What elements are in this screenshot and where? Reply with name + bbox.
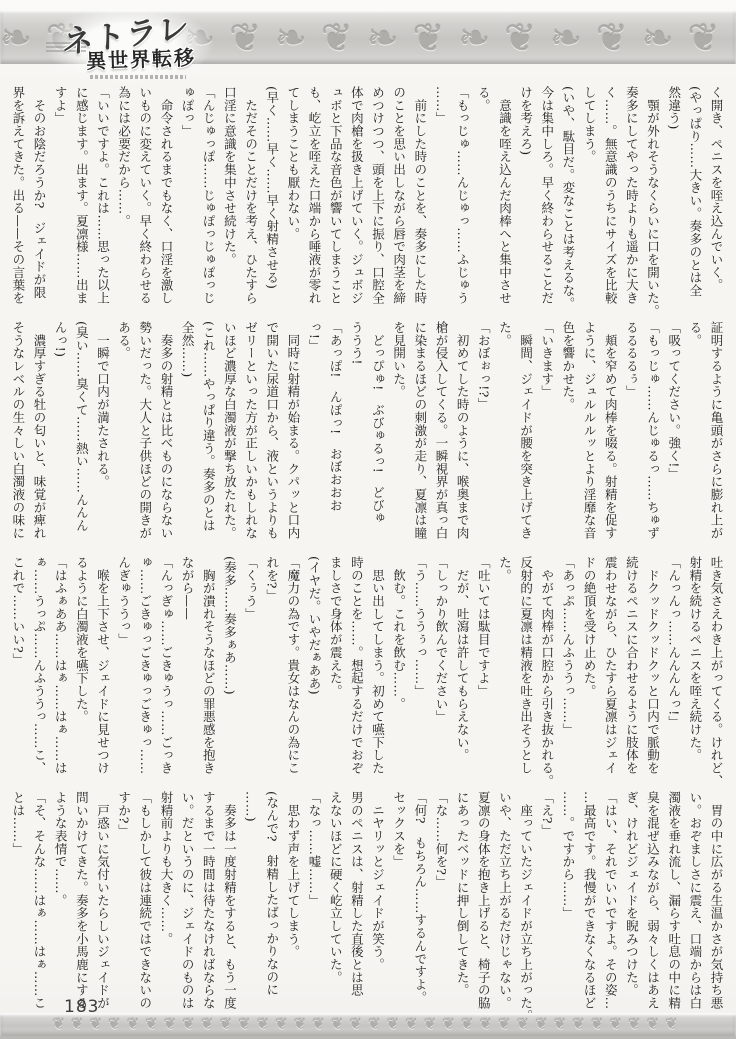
logo-title-kanji: 異世界転移 (86, 41, 215, 74)
text-column: 瞬間、ジェイドが腰を突き上げてき (515, 321, 536, 561)
text-column: 色を響かせた。 (558, 321, 579, 561)
book-logo: ネトラレ 異世界転移 (44, 6, 214, 84)
text-column: 「はふぁああ……はぁ……はぁ……は (50, 556, 71, 796)
text-column: も、屹立を咥えた口端から唾液が零れ (304, 86, 325, 326)
text-column: 喉を上下させ、ジェイドに見せつけ (92, 556, 113, 796)
text-column: 初めてした時のように、喉奥まで肉 (452, 321, 473, 561)
text-column: んっ!) (50, 321, 71, 561)
text-column: いや、ただ立ち上がるだけじゃない。 (494, 791, 515, 1031)
text-column: 震わせながら、ひたすら夏凛はジェイ (600, 556, 621, 796)
text-column: る。 (473, 86, 494, 326)
text-band-2: 証明するように亀頭がさらに膨れ上がる。「吸ってください。強く!」「もっじゅ……ん… (8, 321, 727, 561)
text-column: 飲む。これを飲む……。 (389, 556, 410, 796)
text-column: ゅ……ごきゅっごきゅっごきゅっ…… (135, 556, 156, 796)
text-column: 体で肉槍を扱き上げていく。ジュボジ (346, 86, 367, 326)
text-column: (奏多……奏多ぁあ……) (219, 556, 240, 796)
text-column: 「んじゅっぽ……じゅぽっじゅぽっじ (198, 86, 219, 326)
text-column: 「そ、そんな……はぁ……はぁ……こ (29, 791, 50, 1031)
text-column: 濁液を垂れ流し、漏らす吐息の中に精 (664, 791, 685, 1031)
text-column: 然違う) (664, 86, 685, 326)
text-column: い。おぞましさに震え、口端からは白 (685, 791, 706, 1031)
text-column: …最高です。我慢ができなくなるほど (579, 791, 600, 1031)
text-column: ドの絶頂を受け止めた。 (579, 556, 600, 796)
text-column: 「吐いては駄目ですよ」 (473, 556, 494, 796)
text-column: 「おぼぉっ!?」 (473, 321, 494, 561)
text-column: た。 (494, 556, 515, 796)
text-column: だが、吐瀉は許してもらえない。 (452, 556, 473, 796)
text-column: い。だというのに、ジェイドのものは (177, 791, 198, 1031)
text-column: (いや、駄目だ。変なことは考えるな。 (558, 86, 579, 326)
text-band-1: く開き、ペニスを咥え込んでいく。(やっぱり……大きい。奏多のとは全然違う) 顎が… (8, 86, 727, 326)
text-column: れを?」 (262, 556, 283, 796)
text-column: そうなレベルの生々しい白濁液の味に (8, 321, 29, 561)
text-column: るように白濁液を嚥下した。 (71, 556, 92, 796)
text-column: 奏多は一度射精をすると、もう一度 (219, 791, 240, 1031)
text-column: 「んっんっ……んんんんっ!」 (664, 556, 685, 796)
text-column: 証明するように亀頭がさらに膨れ上が (706, 321, 727, 561)
text-column: のことを思い出しながら唇で肉茎を締 (389, 86, 410, 326)
text-column: ような表情で……。 (50, 791, 71, 1031)
text-column: 「もっじゅ……んじゅっ……ふじゅう (452, 86, 473, 326)
text-column: めつけつつ、頭を上下に振り、口腔全 (367, 86, 388, 326)
text-column: ううう! (346, 321, 367, 561)
text-column: 続けるペニスに合わせるように肢体を (621, 556, 642, 796)
text-column: (臭い……臭くて……熱い……んんん (71, 321, 92, 561)
text-column: 思い出してしまう。初めて嚥下した (367, 556, 388, 796)
text-column: ……) (240, 791, 261, 1031)
text-column: 口淫に意識を集中させ続けた。 (219, 86, 240, 326)
text-column: く開き、ペニスを咥え込んでいく。 (706, 86, 727, 326)
text-column: 奏多の射精とは比べものにならない (156, 321, 177, 561)
text-column: 為には必要だから……。 (113, 86, 134, 326)
text-column: (これ……やっぱり違う。奏多のとは (198, 321, 219, 561)
text-column: 今は集中しろ。早く終わらせることだ (537, 86, 558, 326)
text-column: 「くぅう」 (240, 556, 261, 796)
text-column: く……。無意識のうちにサイズを比較 (600, 86, 621, 326)
text-column: けを考えろ) (515, 86, 536, 326)
text-column: ゼリーといった方が正しいかもしれな (240, 321, 261, 561)
text-column: 濃厚すぎる牡の匂いと、味覚が痺れ (29, 321, 50, 561)
text-column: 同時に射精が始まる。クパッと口内 (283, 321, 304, 561)
text-column: 界を訴えてきた。出る——その言葉を (8, 86, 29, 326)
text-column: 反射的に夏凛は精液を吐き出そうとし (515, 556, 536, 796)
text-column: 夏凛の身体を抱き上げると、椅子の脇 (473, 791, 494, 1031)
text-column: 「しっかり飲んでください」 (431, 556, 452, 796)
text-column: 男のペニスは、射精した直後とは思 (346, 791, 367, 1031)
text-column: 「何? もちろん……するんですよ。 (410, 791, 431, 1031)
text-column: セックスを」 (389, 791, 410, 1031)
text-column: る。 (685, 321, 706, 561)
text-column: 「魔力の為です。貴女はなんの為にこ (283, 556, 304, 796)
text-column: 全然……) (177, 321, 198, 561)
text-column: ある。 (113, 321, 134, 561)
book-page: { "logo": { "title_top": "ネトラレ", "title_… (0, 0, 736, 1039)
text-column: 思わず声を上げてしまう。 (283, 791, 304, 1031)
text-column: ニヤリッとジェイドが笑う。 (367, 791, 388, 1031)
text-column: ……」 (431, 86, 452, 326)
text-column: を見開いた。 (389, 321, 410, 561)
text-column: 時のことを……。想起するだけでおぞ (346, 556, 367, 796)
text-column: るるるるぅ」 (621, 321, 642, 561)
text-column: 胸が潰れそうなほどの罪悪感を抱き (198, 556, 219, 796)
text-column: ぎ、けれどジェイドを睨みつけた。 (621, 791, 642, 1031)
text-column: ように、ジュルルルッとより淫靡な音 (579, 321, 600, 561)
text-column: ュボと下品な音色が響いてしまうこと (325, 86, 346, 326)
text-column: っ!」 (304, 321, 325, 561)
text-column: 「もっじゅ……んじゅるっ……ちゅず (642, 321, 663, 561)
text-column: にあったベッドに押し倒してきた。 (452, 791, 473, 1031)
text-column: に感じます。出ます。夏凛様……出ま (71, 86, 92, 326)
bottom-ornament-border: ❦❦❦❦❦❦❦❦❦❦❦❦❦❦❦❦❦❦❦❦❦❦❦❦❦❦❦❦❦❦❦❦❦❦ (0, 1013, 736, 1036)
text-column: (早く……早く……早く射精させる) (262, 86, 283, 326)
text-column: 「え?」 (537, 791, 558, 1031)
text-column: するまで一時間は待たなければならな (198, 791, 219, 1031)
text-column: えないほどに硬く屹立していた。 (325, 791, 346, 1031)
text-column: 勢いだった。大人と子供ほどの開きが (135, 321, 156, 561)
text-column: どっぴゅ! ぶびゅるっ! どびゅ (367, 321, 388, 561)
text-column: 「あっぽ! んぽっ! おぼおおお (325, 321, 346, 561)
text-column: た。 (494, 321, 515, 561)
text-column: やがて肉棒が口腔から引き抜かれる。 (537, 556, 558, 796)
text-column: 射精を続けるペニスを咥え続けた。 (685, 556, 706, 796)
text-column: 一瞬で口内が満たされる。 (92, 321, 113, 561)
text-column: 頬を窄めて肉棒を啜る。射精を促す (600, 321, 621, 561)
text-column: 「もしかして彼は連続ではできないの (135, 791, 156, 1031)
text-column: すか?」 (113, 791, 134, 1031)
logo-tagline (90, 75, 186, 79)
text-column: 命令されるまでもなく、口淫を激し (156, 86, 177, 326)
text-column: 「なっ……嘘……」 (304, 791, 325, 1031)
text-column: してしまう。 (579, 86, 600, 326)
text-column: ながら—— (177, 556, 198, 796)
text-column: ましさで身体が震えた。 (325, 556, 346, 796)
text-column: 「はい、それでいいですよ。その姿… (600, 791, 621, 1031)
text-column: ぁ……うっぷ……んふううっ……こ、 (29, 556, 50, 796)
text-column: いものに変えていく。早く終わらせる (135, 86, 156, 326)
text-column: (なんで? 射精したばっかりなのに (262, 791, 283, 1031)
text-column: (イヤだ。いやだぁああ) (304, 556, 325, 796)
text-column: 「う……ううぅっ……」 (410, 556, 431, 796)
text-column: 臭を混ぜ込みながら、弱々しくはあえ (642, 791, 663, 1031)
text-column: ゅぽっ」 (177, 86, 198, 326)
text-column: 「な……何を?」 (431, 791, 452, 1031)
text-column: 座っていたジェイドが立ち上がった。 (515, 791, 536, 1031)
text-column: に染まるほどの刺激が走り、夏凛は瞳 (410, 321, 431, 561)
text-column: 問いかけてきた。奏多を小馬鹿にする (71, 791, 92, 1031)
text-column: 奏多にしてやった時よりも遥かに大き (621, 86, 642, 326)
text-column: 「いきます」 (537, 321, 558, 561)
text-column: 戸惑いに気付いたらしいジェイドが (92, 791, 113, 1031)
bottom-border-motifs: ❦❦❦❦❦❦❦❦❦❦❦❦❦❦❦❦❦❦❦❦❦❦❦❦❦❦❦❦❦❦❦❦❦❦ (0, 1013, 736, 1035)
text-column: これで……いい?」 (8, 556, 29, 796)
text-column: (やっぱり……大きい。奏多のとは全 (685, 86, 706, 326)
text-column: で開いた尿道口から、液というよりも (262, 321, 283, 561)
text-column: いほど濃厚な白濁液が撃ち放たれた。 (219, 321, 240, 561)
text-column: 胃の中に広がる生温かさが気持ち悪 (706, 791, 727, 1031)
text-column: 槍が侵入してくる。一瞬視界が真っ白 (431, 321, 452, 561)
text-column: 吐き気さえわき上がってくる。けれど、 (706, 556, 727, 796)
text-column: ドクッドクッドクッと口内で脈動を (642, 556, 663, 796)
text-column: 顎が外れそうなくらいに口を開いた。 (642, 86, 663, 326)
text-column: すよ」 (50, 86, 71, 326)
text-column: てしまうことも厭わない。 (283, 86, 304, 326)
text-column: ……。ですから……」 (558, 791, 579, 1031)
text-column: んぎゅううっ」 (113, 556, 134, 796)
text-column: 射精前よりも大きく……。 (156, 791, 177, 1031)
text-column: 「いいですよ。これは……思った以上 (92, 86, 113, 326)
text-column: 「吸ってください。強く!」 (664, 321, 685, 561)
text-band-4: 胃の中に広がる生温かさが気持ち悪い。おぞましさに震え、口端からは白濁液を垂れ流し… (8, 791, 727, 1031)
text-column: 意識を咥え込んだ肉棒へと集中させ (494, 86, 515, 326)
text-column: とは……」 (8, 791, 29, 1031)
text-column: ただそのことだけを考え、ひたすら (240, 86, 261, 326)
text-column: 「んっぎゅ……ごきゅうっ……ごっき (156, 556, 177, 796)
text-column: 「あっぷ……んふううっ……」 (558, 556, 579, 796)
text-band-3: 吐き気さえわき上がってくる。けれど、射精を続けるペニスを咥え続けた。「んっんっ…… (8, 556, 727, 796)
text-column: 前にした時のことを、奏多にした時 (410, 86, 431, 326)
text-column: そのお陰だろうか? ジェイドが限 (29, 86, 50, 326)
